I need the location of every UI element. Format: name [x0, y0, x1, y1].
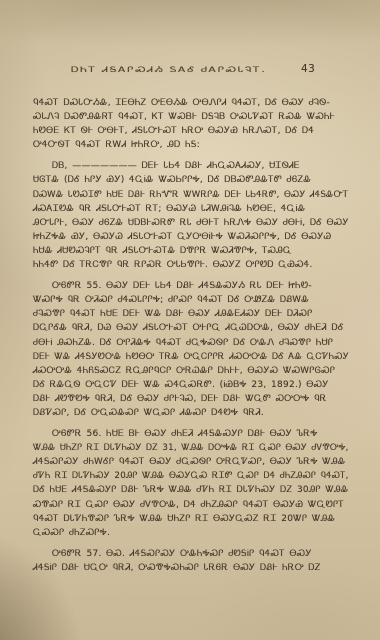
text-line: ᎠᏰᎰ ᏗᏬᏡᏬᎭ ᏄᎡᏘ, ᎠᎴ ᎾᏍᎩ ᏧᎵᎰᎸᏍ, ᎠᎬᎰ ᎠᏰᎰ ᏔᏩᏛ… [33, 392, 349, 406]
text-line: ᎠᏩᎵᎴᎲ ᏄᎡᏘ, ᎠᏊ ᎾᏍᎩ ᏗᎦᏓᏅᎰᏍᎢ ᎤᎰᎵᏩ ᏗᏩᏇᎠᎤᎲ, Ꮎ… [33, 321, 349, 335]
text-line: ᎠᎴ ᎡᎲᏩᏫ ᎤᏩᏟᏤ ᎠᎬᎰ ᏔᎲ ᏍᏎᏩᏍᎡᏛ. (ᎥᏯᏴᎭ 23, 18… [33, 378, 349, 392]
text-line: ᎠᏰᏤᏍᎵ, ᎠᎴ ᎤᏩᏍᎲᏍᎵ ᏔᏩᏍᎵ ᏗᎲᏍᎵ ᎠᏎᏬᎭ ᏄᎡᏘ. [33, 406, 349, 420]
text-line: ᏩᏍᏍᎵ ᏧᏂᏃᏍᎵᎭ. [33, 526, 349, 540]
text-line: ᏧᎸᏍᏡᎵ ᏄᏎᏍᎢ ᏂᏌᎬ ᎠᎬᎰ ᏔᎲ ᎠᏰᎰ ᎾᏍᎩ ᏗᎯᎲᎬᏗᏍᎩ ᎠᎬ… [33, 307, 349, 321]
text-line: ᏄᏎᏍᎢ ᎠᏍᏓᏅᏱᎲ, ᏆᎬᎾᏂᏃ ᎤᎬᎾᏱᎲ ᎤᎾᏁᎵᏗ ᏄᏎᏍᎢ, ᎠᎴ … [33, 96, 349, 110]
text-line: ᏔᎯᎲ ᏌᏂᏃᎵ ᎡᏆ ᎠᏓᏤᏂᏍᎩ ᎠᏃ 31, ᏔᎯᎲ ᎠᎤᎭᎲ ᎡᏆ ᏩᏍ… [33, 441, 337, 455]
text-line: ᏂᏌᎲ ᏗᏌᏬᏍᎸᎵᎢ ᏄᎡ ᏗᎦᏓᏅᎰᏍᎢᎲ ᎠᏡᎵᎡ ᏔᏍᏘᏡᎵᎭ, ᎢᏍᎯ… [33, 244, 349, 258]
text-line: ᎤᏮᏛᎡ 55. ᎾᏍᎩ ᎠᎬᎰ ᏓᏏᏎ ᎠᏰᎰ ᏗᏎᎦᎲᏍᎩᏱ ᎡᏓ ᎠᎬᎰ … [33, 279, 349, 293]
text-line: ᏍᏡᏍᎵ ᎡᏆ ᏩᏍᎵ ᎾᏍᎩ ᏧᏙᏡᎤᎲ, ᎠᏎ ᏧᏂᏃᎯᏍᎵ ᏄᏎᏍᎢ ᎾᏍ… [33, 498, 349, 512]
text-line: ᏧᏤᏂ ᎡᏆ ᎠᏓᏤᏂᏍᎩ 20ᎯᎵ ᏔᎯᎲ ᎾᏍᎩᏩᏍ ᎡᏆᏛ ᏩᏍᎵ ᎠᏎ … [33, 469, 338, 483]
section-57: ᎤᏮᏛᎡ 57. ᎾᏍ. ᏗᏎᎦᏍᎵᏍᎩ ᎤᎲᏂᎭᏍᎵ ᏧᏬᎦᎥᎵ ᏄᏎᏍᎢ Ꮎ… [33, 547, 349, 575]
header-title: ᎠᏂᎢ ᏗᎦᎪᎵᏍᏗᏱ ᏚᎪᎴ ᏧᎪᎵᏍᏓᎸᎢ. [71, 65, 267, 75]
text-line: ᎤᏮᏛᎡ 57. ᎾᏍ. ᏗᏎᎦᏍᎵᏍᎩ ᎤᎲᏂᎭᏍᎵ ᏧᏬᎦᎥᎵ ᏄᏎᏍᎢ Ꮎ… [33, 547, 349, 561]
text-line: ᏂᏂᏎᏛ ᎠᎴ ᎢᎡᏟᏡᎵ ᏄᎡ ᎡᎵᏍᎡ ᎤᏓᏏᏡᎵᎰ. ᎾᏍᎩᏃ ᎤᎵᏬᎠ … [33, 258, 349, 272]
text-line: ᏥᏂᏃᎭᎲ ᏯᎩ, ᎾᏍᎩᏊ ᏗᎦᏓᏅᎰᏍᎢ ᏩᎩᎤᎾᎥᎰᎭ ᏔᏍᏘᏍᎵᎵᎭ, … [33, 230, 349, 244]
page-body: ᏄᏎᏍᎢ ᎠᏍᏓᏅᏱᎲ, ᏆᎬᎾᏂᏃ ᎤᎬᎾᏱᎲ ᎤᎾᏁᎵᏗ ᏄᏎᏍᎢ, ᎠᎴ … [33, 96, 349, 575]
running-header: ᎠᏂᎢ ᏗᎦᎪᎵᏍᏗᏱ ᏚᎪᎴ ᏧᎪᎵᏍᏓᎸᎢ. 43 [33, 63, 349, 77]
section-56: ᎤᏮᏛᎡ 56. ᏂᏌᎬ ᏴᎰ ᎾᏍᎩ ᏧᏂᎬᏘ ᏗᏎᎦᎲᏍᎩᎵ ᎠᏰᎰ ᎾᏍᎩ… [33, 427, 349, 540]
text-line: ᎤᏮᏛᎡ 56. ᏂᏌᎬ ᏴᎰ ᎾᏍᎩ ᏧᏂᎬᏘ ᏗᏎᎦᎲᏍᎩᎵ ᎠᏰᎰ ᎾᏍᎩ… [33, 427, 349, 441]
text-line: ᎠᏴ, ——————— ᎠᎬᎰ ᏓᏏᏎ ᎠᏰᎰ ᏗᏂᏩᏍᎪᏗᏍᎩ, ᏌᏆᏫᏗᎬ [33, 159, 349, 173]
text-line: ᏄᏎᏍᎢ ᎠᏓᏤᏂᏡᏍᎵ ᏖᎡᎭ ᏔᎯᎲ ᏌᏂᏃᎵ ᎡᏆ ᎾᏍᎩᏩᏍᏃ ᎡᏆ 2… [33, 512, 349, 526]
paragraph-enacting-clause: ᎠᏴ, ——————— ᎠᎬᎰ ᏓᏏᏎ ᎠᏰᎰ ᏗᏂᏩᏍᎪᏗᏍᎩ, ᏌᏆᏫᏗᎬᏌ… [33, 159, 349, 272]
text-line: ᏍᏓᏁᎸ ᎠᏍᏛᎯᎲᏒᎢ ᏄᏎᏍᎢ, ᏦᎢ ᏔᏍᏴᎰ ᎠᎦᎸᏴ ᎤᏍᏓᏤᏍᎢ Ꭱ… [33, 110, 349, 124]
text-line: ᏔᏍᎵᎭ ᏄᎡ ᎤᏘᏍᎵ ᏧᏎᏍᏓᎵᎵᎭ; ᏧᎵᏍᎵ ᏄᏎᏍᎢ ᎠᎴ ᎤᏪᏃᎲ … [33, 293, 349, 307]
page-number: 43 [301, 63, 315, 75]
text-line: ᏗᏍᎤᎤᎲ ᏎᏂᏲᎦᏍᏟᏃ ᎡᏩᎯᎵᏄᏟᎵ ᎤᎡᏇᎲᎵ ᎠᏂᎰᎰ, ᎾᏍᎩᏍ Ꮤ… [33, 364, 349, 378]
text-line: ᏌᎶᎢᎲ (ᎠᎴ ᏂᎵᎩ ᏯᎩ) ᏎᏩᎥᎲ ᏔᏍᏏᎵᎵᎭ, ᎠᎴ ᎠᏴᏍᏛᎯᎲᎢ… [33, 173, 349, 187]
text-line: ᎠᎴ ᏂᏌᎬ ᏗᏎᎦᎲᏍᎩᎵ ᎠᏰᎰ ᏖᎡᎭ ᏔᎯᎲ ᏧᏤᏂ ᎡᏆ ᎠᏓᏤᏂᏍᎩ… [33, 483, 347, 497]
text-line: ᎠᏍᎳᎲ ᏓᏬᏍᏆᏛ ᏂᏌᎬ ᎠᏰᎰ ᎡᏂᏉᎡ ᏔᎳᎡᎵᎲ ᎠᎬᎰ ᏓᏏᏎᎡᏛ,… [33, 188, 337, 202]
paragraph-continuation: ᏄᏎᏍᎢ ᎠᏍᏓᏅᏱᎲ, ᏆᎬᎾᏂᏃ ᎤᎬᎾᏱᎲ ᎤᎾᏁᎵᏗ ᏄᏎᏍᎢ, ᎠᎴ … [33, 96, 349, 152]
text-line: ᎤᏎᏅᏫᎢ ᏄᏎᏍᎢ ᎡᎳᏗ ᏥᏂᎡᎤ, ᎯᎠ ᏂᎦ: [33, 138, 349, 152]
text-line: ᎯᏅᏓᎵᎰ, ᎾᏍᎩ ᏧᏮᏃᎲ ᏌᎠᏴᎰᏍᎡᏛ ᎡᏓ ᏧᎾᎰᎢ ᏂᎡᏁᎭ ᎾᏍᎩ… [33, 216, 347, 230]
text-line: ᏗᏎᎦᎥᎵ ᎠᏰᎰ ᏌᏩᎤ ᏄᎡᏘ, ᎤᏍᏡᎭᏍᏂᏍᎵ ᏓᎡᏮᎡ ᎾᏍᎩ ᎠᏰᎰ… [33, 561, 349, 575]
text-line: ᎠᎬᎰ ᏔᎲ ᏗᏎᎦᎩᏬᎤᎲ ᏂᏬᎾᎤ ᎢᎡᎲ ᎤᏩᏟᎵᎵᎡ ᏗᏍᎤᎤᎲ ᎠᎴ … [33, 350, 341, 364]
text-line: ᏧᎾᎰᎥ ᎯᏍᏂᏃᎲ. ᎠᎴ ᎤᎵᏘᎲᎭ ᏄᏎᏍᎢ ᏧᏩᎭᏍᏫᎵ ᎠᎴ ᎤᎲᏁ … [33, 336, 349, 350]
text-line: ᏂᏬᎾᎬ ᏦᎢ ᏫᎰ ᎤᎾᎰᎢ, ᏗᎦᏓᏅᎰᏍᎢ ᏂᎡᎤ ᎾᏍᎩᏯ ᏂᎡᏁᏍᎢ,… [33, 124, 349, 138]
section-55: ᎤᏮᏛᎡ 55. ᎾᏍᎩ ᎠᎬᎰ ᏓᏏᏎ ᎠᏰᎰ ᏗᏎᎦᎲᏍᎩᏱ ᎡᏓ ᎠᎬᎰ … [33, 279, 349, 420]
book-page: ᎠᏂᎢ ᏗᎦᎪᎵᏍᏗᏱ ᏚᎪᎴ ᏧᎪᎵᏍᏓᎸᎢ. 43 ᏄᏎᏍᎢ ᎠᏍᏓᏅᏱᎲ,… [0, 0, 380, 640]
text-line: ᏗᏍᎪᏆᏬᎲ ᏄᎡ ᏗᎦᏓᏅᎰᏍᎢ ᎡᎢ; ᎾᏍᎩᏊ ᏓᏘᎳᎯᎥᎸᎲ ᏂᏬᎾᎬ,… [33, 202, 349, 216]
text-line: ᏗᏎᎦᏍᎵᏍᎩ ᏧᏂᎳᎴᎵ ᏄᏎᏍᎢ ᎾᏍᎩ ᏧᏩᏍᏫᎵ ᎤᎡᏩᏤᏍᎵ, ᎾᏍᎩ… [33, 455, 349, 469]
